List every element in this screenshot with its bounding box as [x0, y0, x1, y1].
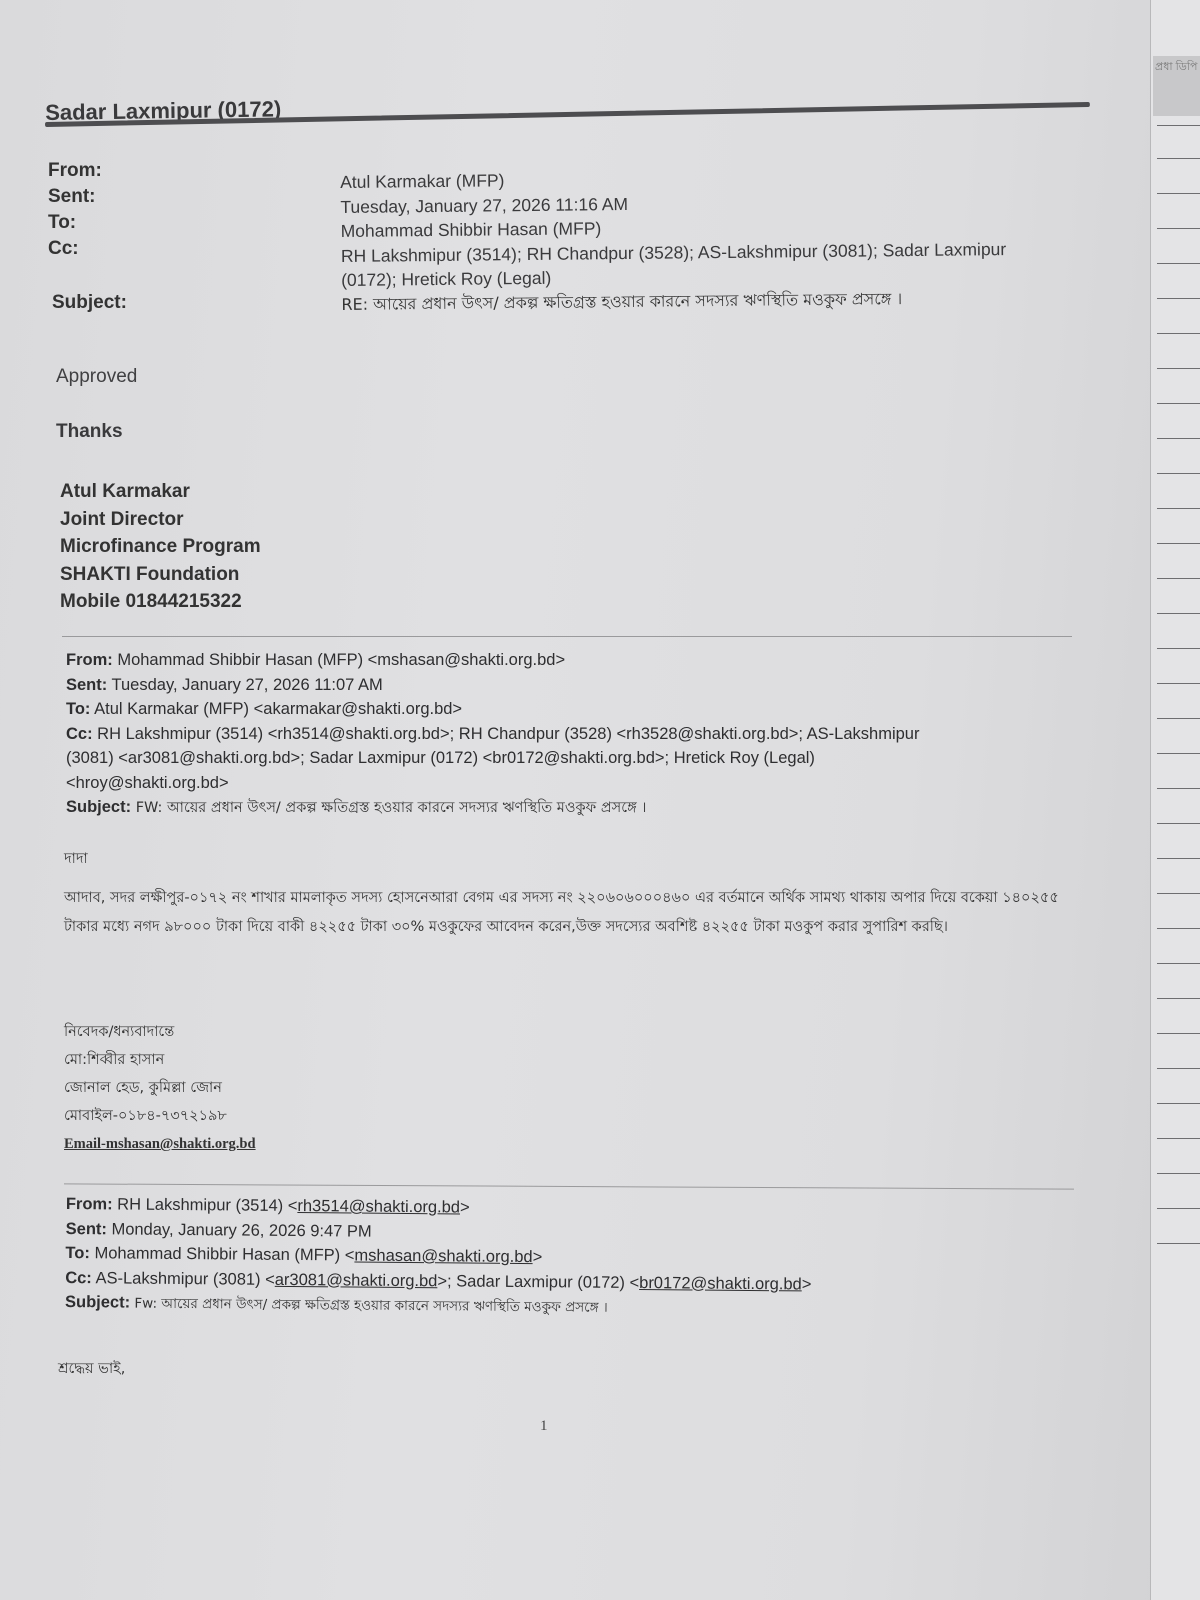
signature-mobile: Mobile 01844215322 — [60, 588, 261, 616]
fw1-cc-line1: RH Lakshmipur (3514) <rh3514@shakti.org.… — [93, 725, 920, 743]
signature-name: Atul Karmakar — [60, 478, 261, 506]
forwarded-header-1: From: Mohammad Shibbir Hasan (MFP) <msha… — [66, 648, 919, 821]
closing-block: নিবেদক/ধন্যবাদান্তে মো:শিব্বীর হাসান জোন… — [64, 1018, 256, 1158]
fw2-to-end: > — [533, 1248, 543, 1266]
fw2-from-email-link[interactable]: rh3514@shakti.org.bd — [297, 1197, 460, 1216]
fw2-from-end: > — [460, 1198, 470, 1216]
fw2-to-email-link[interactable]: mshasan@shakti.org.bd — [354, 1247, 532, 1267]
message-paragraph: আদাব, সদর লক্ষীপুর-০১৭২ নং শাখার মামলাকৃ… — [64, 884, 1064, 942]
fw2-cc-mid: >; Sadar Laxmipur (0172) < — [437, 1272, 639, 1292]
closing-email-link[interactable]: Email-mshasan@shakti.org.bd — [64, 1130, 256, 1158]
fw1-to-value: Atul Karmakar (MFP) <akarmakar@shakti.or… — [90, 700, 462, 718]
label-sent: Sent: — [48, 184, 127, 210]
fw2-cc-end: > — [802, 1275, 812, 1293]
fw2-cc-label: Cc: — [65, 1268, 92, 1286]
label-from: From: — [48, 158, 127, 184]
closing-line4: মোবাইল-০১৮৪-৭৩৭২১৯৮ — [64, 1102, 256, 1130]
signature-title: Joint Director — [60, 506, 261, 534]
fw1-from-label: From: — [66, 651, 113, 669]
signature-org: SHAKTI Foundation — [60, 561, 261, 589]
label-to: To: — [48, 210, 127, 236]
closing-line1: নিবেদক/ধন্যবাদান্তে — [64, 1018, 256, 1046]
closing-line2: মো:শিব্বীর হাসান — [64, 1046, 256, 1074]
adjacent-sheet: প্রধা ডিপি — [1150, 0, 1200, 1600]
label-subject: Subject: — [52, 290, 127, 316]
label-cc: Cc: — [48, 236, 127, 262]
page-number: 1 — [540, 1418, 548, 1435]
forwarded-header-2: From: RH Lakshmipur (3514) <rh3514@shakt… — [65, 1192, 812, 1322]
signature-block: Atul Karmakar Joint Director Microfinanc… — [60, 478, 261, 616]
fw2-cc-email1-link[interactable]: ar3081@shakti.org.bd — [275, 1270, 438, 1289]
fw2-subject-value: Fw: আয়ের প্রধান উৎস/ প্রকল্প ক্ষতিগ্রস্… — [130, 1296, 608, 1316]
email-header-labels: From: Sent: To: Cc: Subject: — [48, 158, 127, 316]
fw1-cc-label: Cc: — [66, 725, 93, 743]
signature-program: Microfinance Program — [60, 533, 261, 561]
fw2-to-label: To: — [65, 1244, 90, 1262]
body-approved: Approved — [56, 366, 137, 388]
fw1-subject-value: FW: আয়ের প্রধান উৎস/ প্রকল্প ক্ষতিগ্রস্… — [131, 800, 646, 816]
greeting: দাদা — [64, 848, 88, 872]
fw1-cc-line3: <hroy@shakti.org.bd> — [66, 771, 919, 796]
fw2-cc-email2-link[interactable]: br0172@shakti.org.bd — [639, 1274, 802, 1293]
fw2-from-name: RH Lakshmipur (3514) < — [113, 1195, 298, 1215]
separator — [62, 636, 1072, 637]
fw2-subject-label: Subject: — [65, 1293, 130, 1312]
fw1-from-value: Mohammad Shibbir Hasan (MFP) <mshasan@sh… — [113, 651, 565, 669]
fw1-to-label: To: — [66, 700, 90, 718]
body-thanks: Thanks — [56, 421, 123, 443]
fw2-to-name: Mohammad Shibbir Hasan (MFP) < — [90, 1244, 355, 1264]
fw2-from-label: From: — [66, 1195, 113, 1213]
separator — [64, 1183, 1074, 1189]
fw1-subject-label: Subject: — [66, 798, 131, 816]
closing-line3: জোনাল হেড, কুমিল্লা জোন — [64, 1074, 256, 1102]
greeting-2: শ্রদ্ধেয় ভাই, — [58, 1358, 125, 1382]
fw2-sent-value: Monday, January 26, 2026 9:47 PM — [107, 1220, 372, 1240]
email-header-values: Atul Karmakar (MFP) Tuesday, January 27,… — [340, 162, 1061, 317]
adjacent-sheet-header: প্রধা ডিপি — [1153, 56, 1200, 116]
document-page: Sadar Laxmipur (0172) From: Sent: To: Cc… — [0, 0, 1160, 1600]
fw1-cc-line2: (3081) <ar3081@shakti.org.bd>; Sadar Lax… — [66, 746, 919, 771]
fw1-sent-label: Sent: — [66, 676, 107, 694]
fw2-cc-name1: AS-Lakshmipur (3081) < — [92, 1269, 275, 1289]
fw1-sent-value: Tuesday, January 27, 2026 11:07 AM — [107, 676, 383, 694]
fw2-sent-label: Sent: — [66, 1219, 107, 1237]
